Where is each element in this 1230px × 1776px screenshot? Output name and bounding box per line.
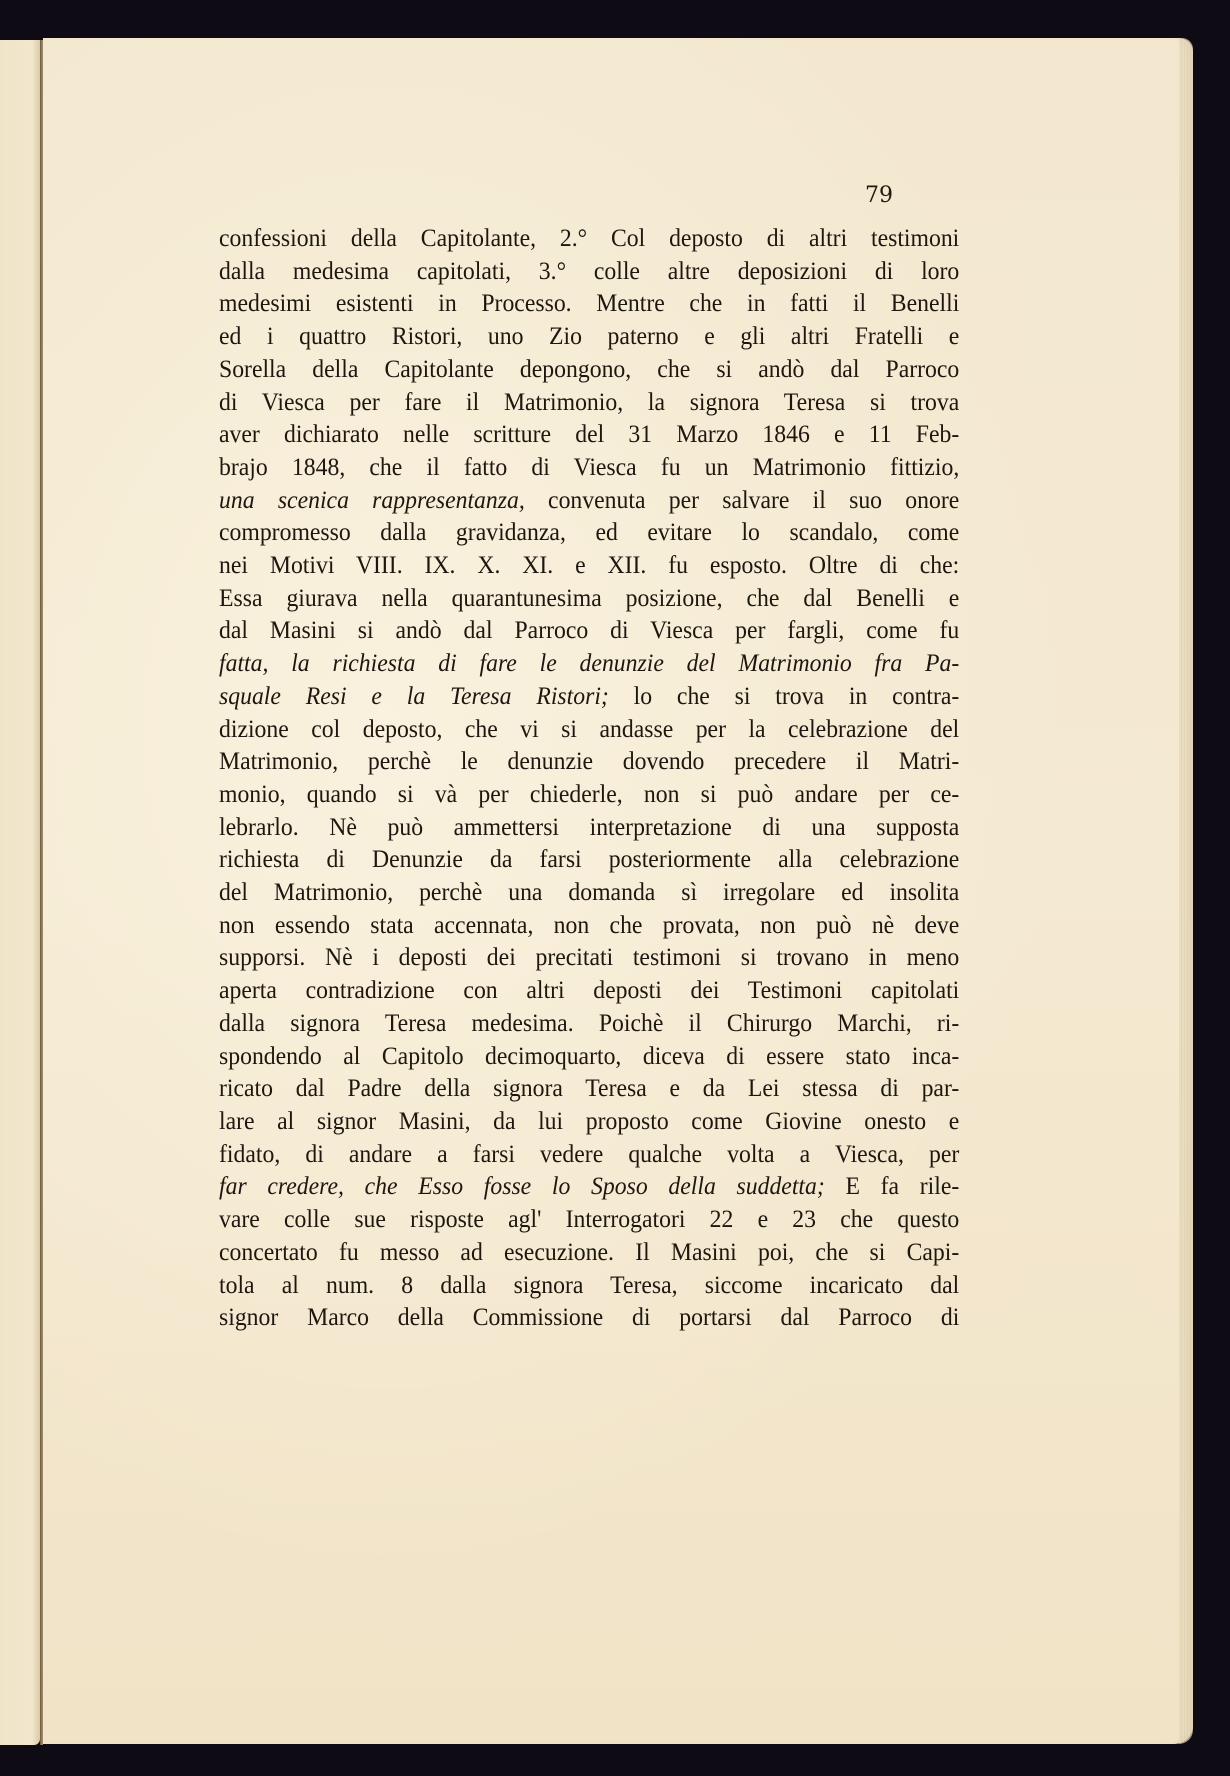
text-line: Sorella della Capitolante depongono, che… [219, 353, 959, 386]
text-line: monio, quando si và per chiederle, non s… [219, 778, 959, 811]
text-run: signor Marco della Commissione di portar… [219, 1302, 959, 1331]
text-line: ricato dal Padre della signora Teresa e … [219, 1072, 959, 1105]
page-stack-edges [1179, 38, 1193, 1744]
scanned-book-spread: 79 confessioni della Capitolante, 2.° Co… [0, 0, 1230, 1776]
text-run: non essendo stata accennata, non che pro… [219, 910, 959, 939]
text-run: lo che si trova in contra- [609, 681, 959, 710]
text-line: lare al signor Masini, da lui proposto c… [219, 1105, 959, 1138]
text-line: concertato fu messo ad esecuzione. Il Ma… [219, 1236, 959, 1269]
text-line: medesimi esistenti in Processo. Mentre c… [219, 287, 959, 320]
text-run: vare colle sue risposte agl' Interrogato… [219, 1204, 959, 1233]
italic-text: far credere, che Esso fosse lo Sposo del… [219, 1171, 825, 1200]
text-line: compromesso dalla gravidanza, ed evitare… [219, 516, 959, 549]
text-line: signor Marco della Commissione di portar… [219, 1301, 959, 1334]
text-run: aver dichiarato nelle scritture del 31 M… [219, 419, 959, 448]
text-run: fidato, di andare a farsi vedere qualche… [219, 1139, 959, 1168]
text-line: ed i quattro Ristori, uno Zio paterno e … [219, 320, 959, 353]
text-line: dizione col deposto, che vi si andasse p… [219, 713, 959, 746]
text-line: una scenica rappresentanza, convenuta pe… [219, 484, 959, 517]
text-line: dalla medesima capitolati, 3.° colle alt… [219, 255, 959, 288]
italic-text: fatta, la richiesta di fare le denunzie … [219, 648, 959, 677]
text-line: Essa giurava nella quarantunesima posizi… [219, 582, 959, 615]
text-line: dal Masini si andò dal Parroco di Viesca… [219, 614, 959, 647]
text-run: del Matrimonio, perchè una domanda sì ir… [219, 877, 959, 906]
text-run: tola al num. 8 dalla signora Teresa, sic… [219, 1270, 959, 1299]
text-line: confessioni della Capitolante, 2.° Col d… [219, 222, 959, 255]
text-run: Essa giurava nella quarantunesima posizi… [219, 583, 959, 612]
left-page-edge [0, 40, 40, 1745]
text-line: tola al num. 8 dalla signora Teresa, sic… [219, 1269, 959, 1302]
text-line: fatta, la richiesta di fare le denunzie … [219, 647, 959, 680]
text-line: di Viesca per fare il Matrimonio, la sig… [219, 386, 959, 419]
text-line: dalla signora Teresa medesima. Poichè il… [219, 1007, 959, 1040]
text-line: non essendo stata accennata, non che pro… [219, 909, 959, 942]
text-run: confessioni della Capitolante, 2.° Col d… [219, 223, 959, 252]
text-run: dizione col deposto, che vi si andasse p… [219, 714, 959, 743]
text-run: aperta contradizione con altri deposti d… [219, 975, 959, 1004]
text-run: lebrarlo. Nè può ammettersi interpretazi… [219, 812, 959, 841]
text-run: lare al signor Masini, da lui proposto c… [219, 1106, 959, 1135]
text-line: Matrimonio, perchè le denunzie dovendo p… [219, 745, 959, 778]
body-text: confessioni della Capitolante, 2.° Col d… [219, 222, 907, 1334]
text-run: Matrimonio, perchè le denunzie dovendo p… [219, 746, 959, 775]
page-number: 79 [865, 183, 893, 208]
text-run: ricato dal Padre della signora Teresa e … [219, 1073, 959, 1102]
text-line: lebrarlo. Nè può ammettersi interpretazi… [219, 811, 959, 844]
text-line: aperta contradizione con altri deposti d… [219, 974, 959, 1007]
text-run: convenuta per salvare il suo onore [525, 485, 959, 514]
text-line: aver dichiarato nelle scritture del 31 M… [219, 418, 959, 451]
italic-text: una scenica rappresentanza, [219, 485, 525, 514]
text-run: monio, quando si và per chiederle, non s… [219, 779, 959, 808]
text-line: richiesta di Denunzie da farsi posterior… [219, 843, 959, 876]
text-line: supporsi. Nè i deposti dei precitati tes… [219, 941, 959, 974]
text-line: brajo 1848, che il fatto di Viesca fu un… [219, 451, 959, 484]
text-line: spondendo al Capitolo decimoquarto, dice… [219, 1040, 959, 1073]
text-line: del Matrimonio, perchè una domanda sì ir… [219, 876, 959, 909]
text-line: far credere, che Esso fosse lo Sposo del… [219, 1170, 959, 1203]
text-run: di Viesca per fare il Matrimonio, la sig… [219, 387, 959, 416]
text-run: Sorella della Capitolante depongono, che… [219, 354, 959, 383]
text-line: squale Resi e la Teresa Ristori; lo che … [219, 680, 959, 713]
text-run: brajo 1848, che il fatto di Viesca fu un… [219, 452, 959, 481]
text-run: concertato fu messo ad esecuzione. Il Ma… [219, 1237, 959, 1266]
text-run: E fa rile- [825, 1171, 960, 1200]
text-run: spondendo al Capitolo decimoquarto, dice… [219, 1041, 959, 1070]
text-run: dal Masini si andò dal Parroco di Viesca… [219, 615, 959, 644]
text-run: dalla medesima capitolati, 3.° colle alt… [219, 256, 959, 285]
text-run: dalla signora Teresa medesima. Poichè il… [219, 1008, 959, 1037]
text-line: fidato, di andare a farsi vedere qualche… [219, 1138, 959, 1171]
text-run: richiesta di Denunzie da farsi posterior… [219, 844, 959, 873]
text-line: vare colle sue risposte agl' Interrogato… [219, 1203, 959, 1236]
text-run: nei Motivi VIII. IX. X. XI. e XII. fu es… [219, 550, 959, 579]
italic-text: squale Resi e la Teresa Ristori; [219, 681, 609, 710]
text-run: compromesso dalla gravidanza, ed evitare… [219, 517, 959, 546]
text-run: ed i quattro Ristori, uno Zio paterno e … [219, 321, 959, 350]
text-run: medesimi esistenti in Processo. Mentre c… [219, 288, 959, 317]
text-run: supporsi. Nè i deposti dei precitati tes… [219, 942, 959, 971]
text-line: nei Motivi VIII. IX. X. XI. e XII. fu es… [219, 549, 959, 582]
